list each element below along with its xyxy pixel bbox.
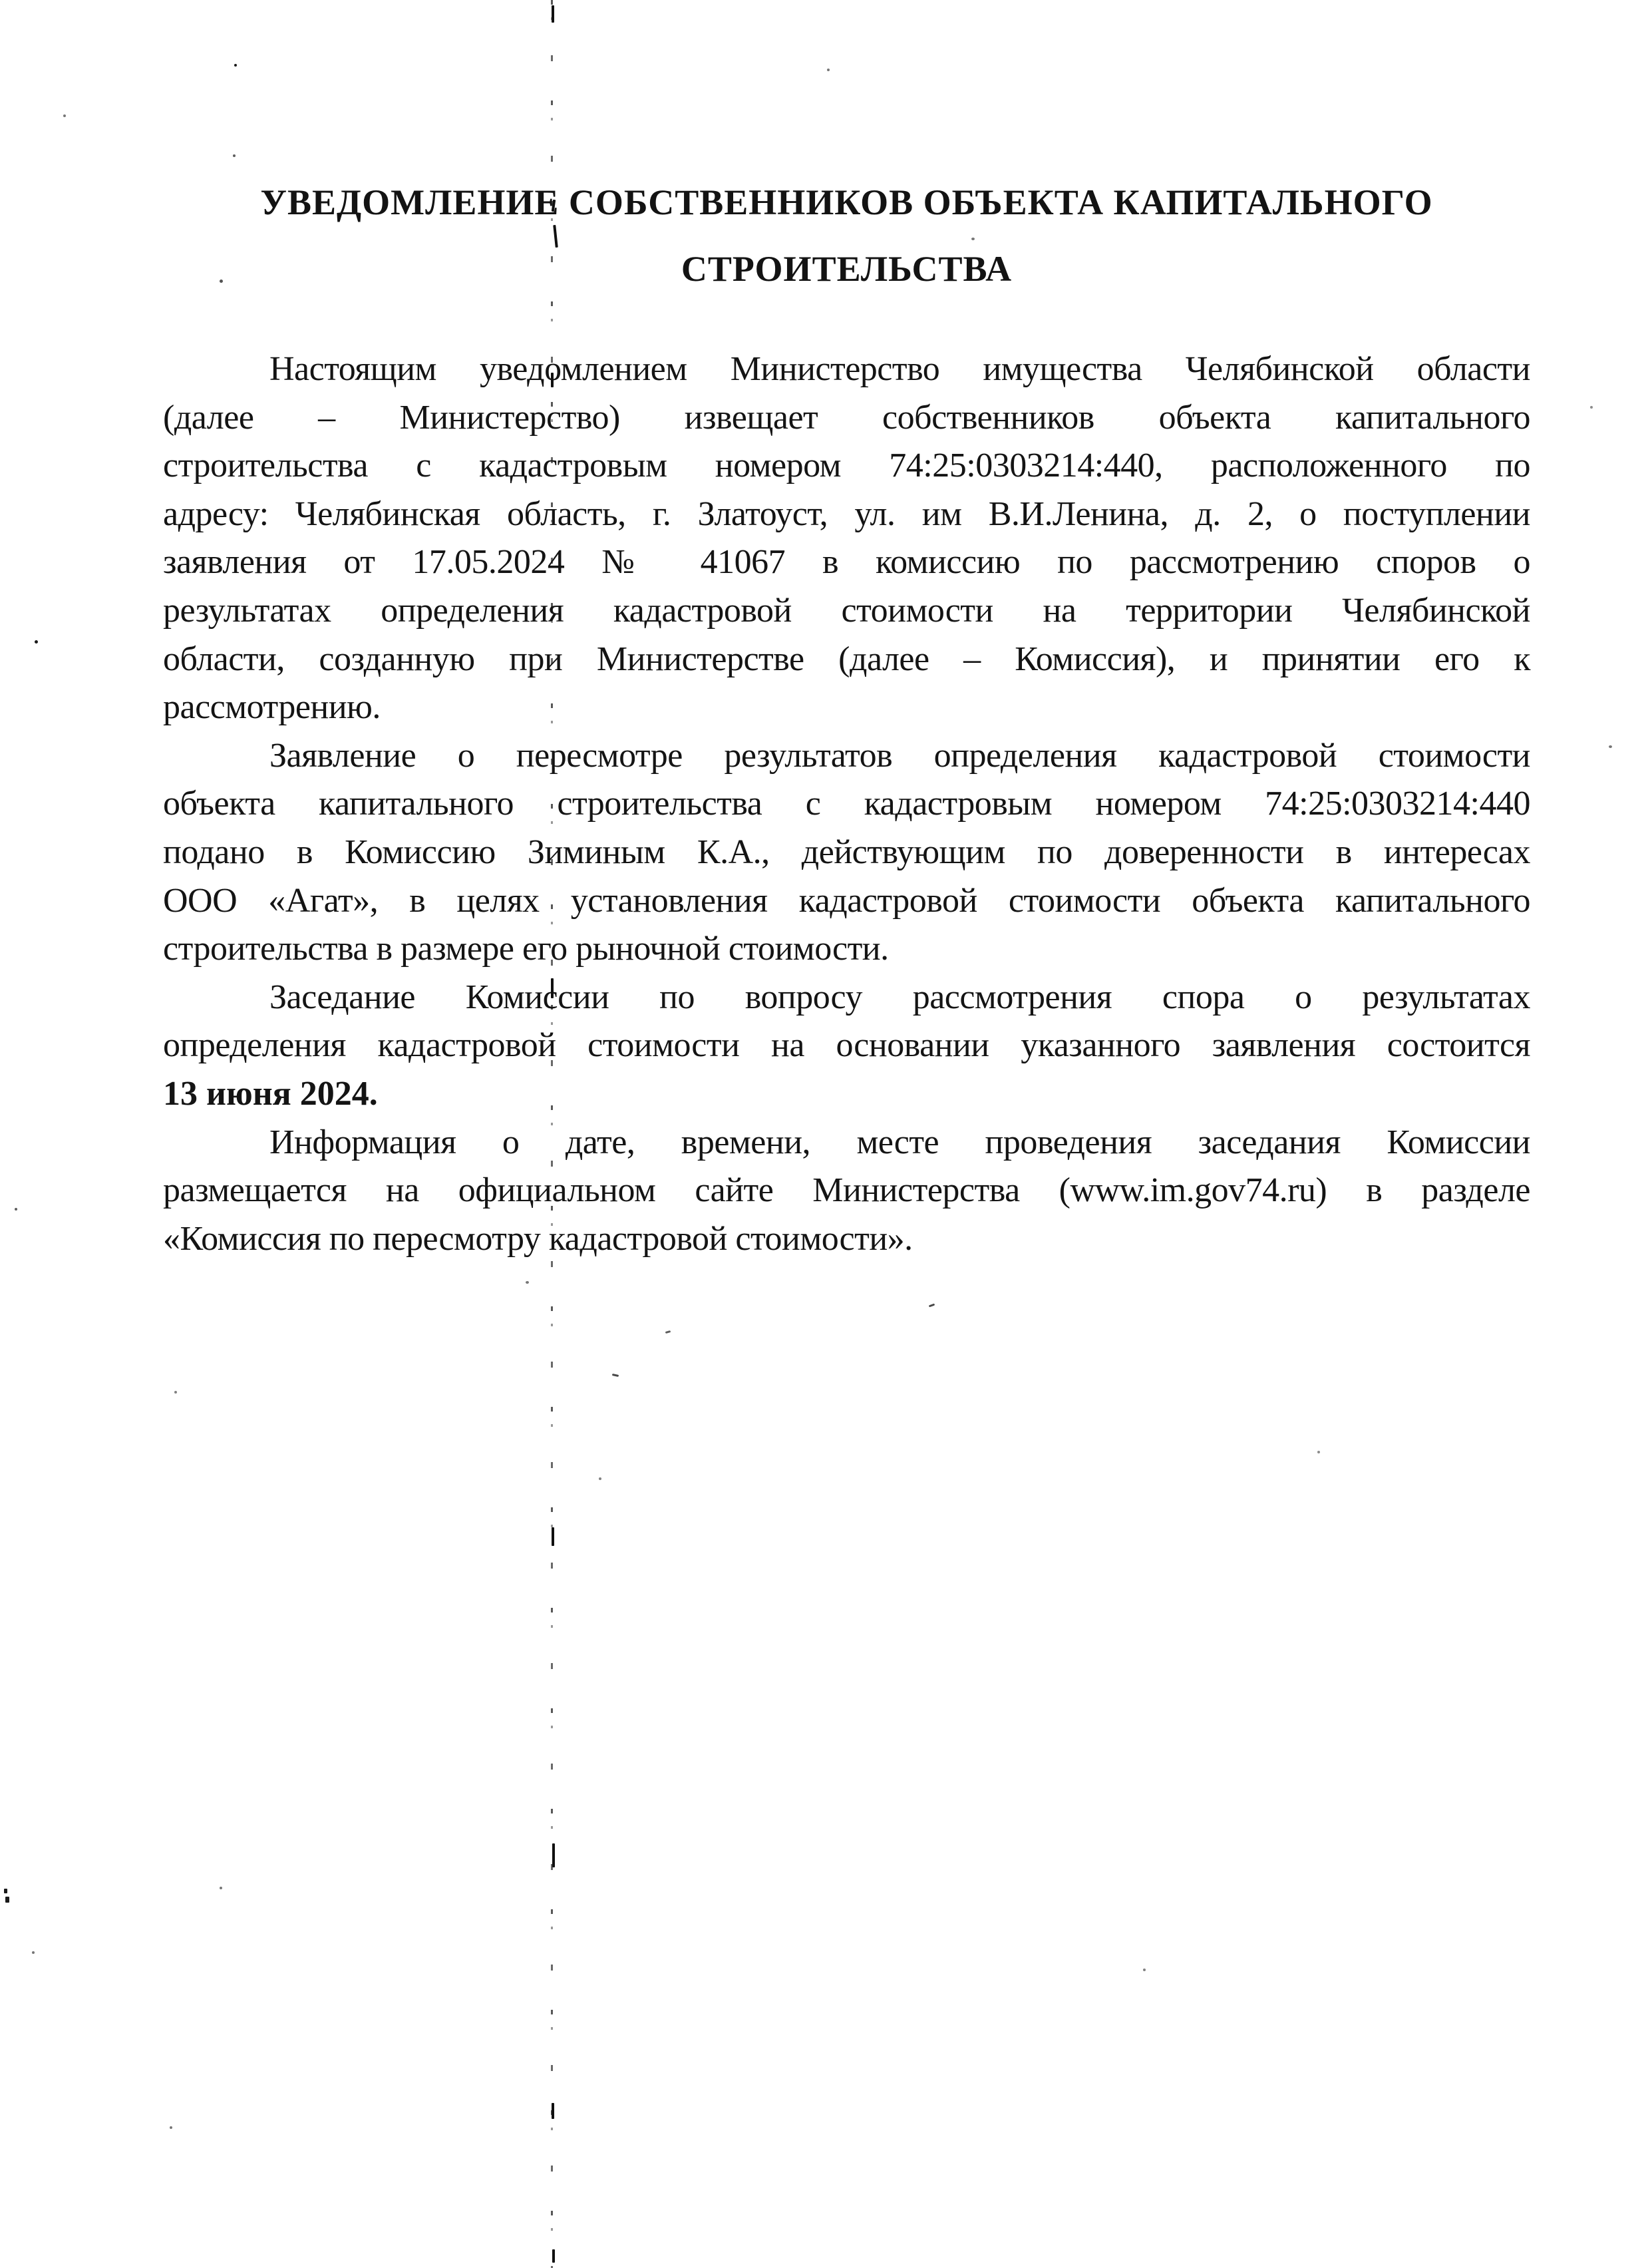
scanned-document-page: УВЕДОМЛЕНИЕ СОБСТВЕННИКОВ ОБЪЕКТА КАПИТА… bbox=[0, 0, 1648, 2268]
session-date-line: 13 июня 2024. bbox=[163, 1070, 1530, 1119]
paragraph-line: размещается на официальном сайте Министе… bbox=[163, 1167, 1530, 1215]
scan-artifact-dash bbox=[552, 1527, 554, 1546]
scan-artifact-dash bbox=[552, 5, 554, 23]
scan-speck bbox=[4, 1889, 7, 1893]
scan-speck bbox=[1317, 1451, 1320, 1453]
paragraph-line: заявления от 17.05.2024 № 41067 в комисс… bbox=[163, 538, 1530, 587]
paragraph-line: области, созданную при Министерстве (дал… bbox=[163, 636, 1530, 684]
paragraph-line: Заседание Комиссии по вопросу рассмотрен… bbox=[163, 974, 1530, 1022]
scan-speck bbox=[929, 1304, 935, 1308]
scan-speck bbox=[174, 1391, 177, 1394]
scan-speck bbox=[234, 64, 237, 67]
document-title-line-1: УВЕДОМЛЕНИЕ СОБСТВЕННИКОВ ОБЪЕКТА КАПИТА… bbox=[163, 169, 1530, 236]
scan-speck bbox=[526, 1281, 529, 1284]
paragraph-line: адресу: Челябинская область, г. Златоуст… bbox=[163, 490, 1530, 539]
scan-speck bbox=[15, 1208, 17, 1211]
scan-speck bbox=[63, 114, 66, 117]
scan-speck bbox=[827, 69, 830, 71]
paragraph-line: ООО «Агат», в целях установления кадастр… bbox=[163, 877, 1530, 926]
scan-speck bbox=[612, 1374, 619, 1377]
scan-speck bbox=[1143, 1969, 1146, 1971]
paragraph-line: Настоящим уведомлением Министерство имущ… bbox=[163, 345, 1530, 394]
paragraph-line: строительства с кадастровым номером 74:2… bbox=[163, 442, 1530, 490]
scan-artifact-dash bbox=[552, 2249, 555, 2263]
scan-speck bbox=[35, 640, 38, 644]
paragraph-line: объекта капитального строительства с кад… bbox=[163, 780, 1530, 829]
paragraph-line: результатах определения кадастровой стои… bbox=[163, 587, 1530, 636]
scan-speck bbox=[1590, 406, 1593, 409]
scan-artifact-dash bbox=[552, 2103, 554, 2119]
paragraph-4: Информация о дате, времени, месте провед… bbox=[163, 1119, 1530, 1264]
document-title: УВЕДОМЛЕНИЕ СОБСТВЕННИКОВ ОБЪЕКТА КАПИТА… bbox=[163, 169, 1530, 302]
scan-speck bbox=[5, 1897, 9, 1903]
scan-speck bbox=[599, 1477, 601, 1480]
paragraph-line: (далее – Министерство) извещает собствен… bbox=[163, 394, 1530, 443]
paragraph-line: подано в Комиссию Зиминым К.А., действую… bbox=[163, 829, 1530, 877]
document-body: Настоящим уведомлением Министерство имущ… bbox=[163, 345, 1530, 1263]
paragraph-line: определения кадастровой стоимости на осн… bbox=[163, 1022, 1530, 1070]
paragraph-line: строительства в размере его рыночной сто… bbox=[163, 925, 1530, 974]
paragraph-line: Информация о дате, времени, месте провед… bbox=[163, 1119, 1530, 1167]
scan-speck bbox=[220, 1887, 222, 1889]
paragraph-line: «Комиссия по пересмотру кадастровой стои… bbox=[163, 1215, 1530, 1264]
paragraph-3: Заседание Комиссии по вопросу рассмотрен… bbox=[163, 974, 1530, 1119]
scan-speck bbox=[233, 154, 236, 157]
paragraph-1: Настоящим уведомлением Министерство имущ… bbox=[163, 345, 1530, 732]
scan-speck bbox=[170, 2126, 172, 2129]
paragraph-line: Заявление о пересмотре результатов опред… bbox=[163, 732, 1530, 781]
paragraph-2: Заявление о пересмотре результатов опред… bbox=[163, 732, 1530, 974]
scan-speck bbox=[1609, 745, 1612, 748]
paragraph-line: рассмотрению. bbox=[163, 683, 1530, 732]
scan-speck bbox=[665, 1330, 671, 1334]
document-title-line-2: СТРОИТЕЛЬСТВА bbox=[163, 236, 1530, 302]
scan-artifact-dash bbox=[552, 1843, 555, 1867]
scan-speck bbox=[32, 1951, 35, 1954]
